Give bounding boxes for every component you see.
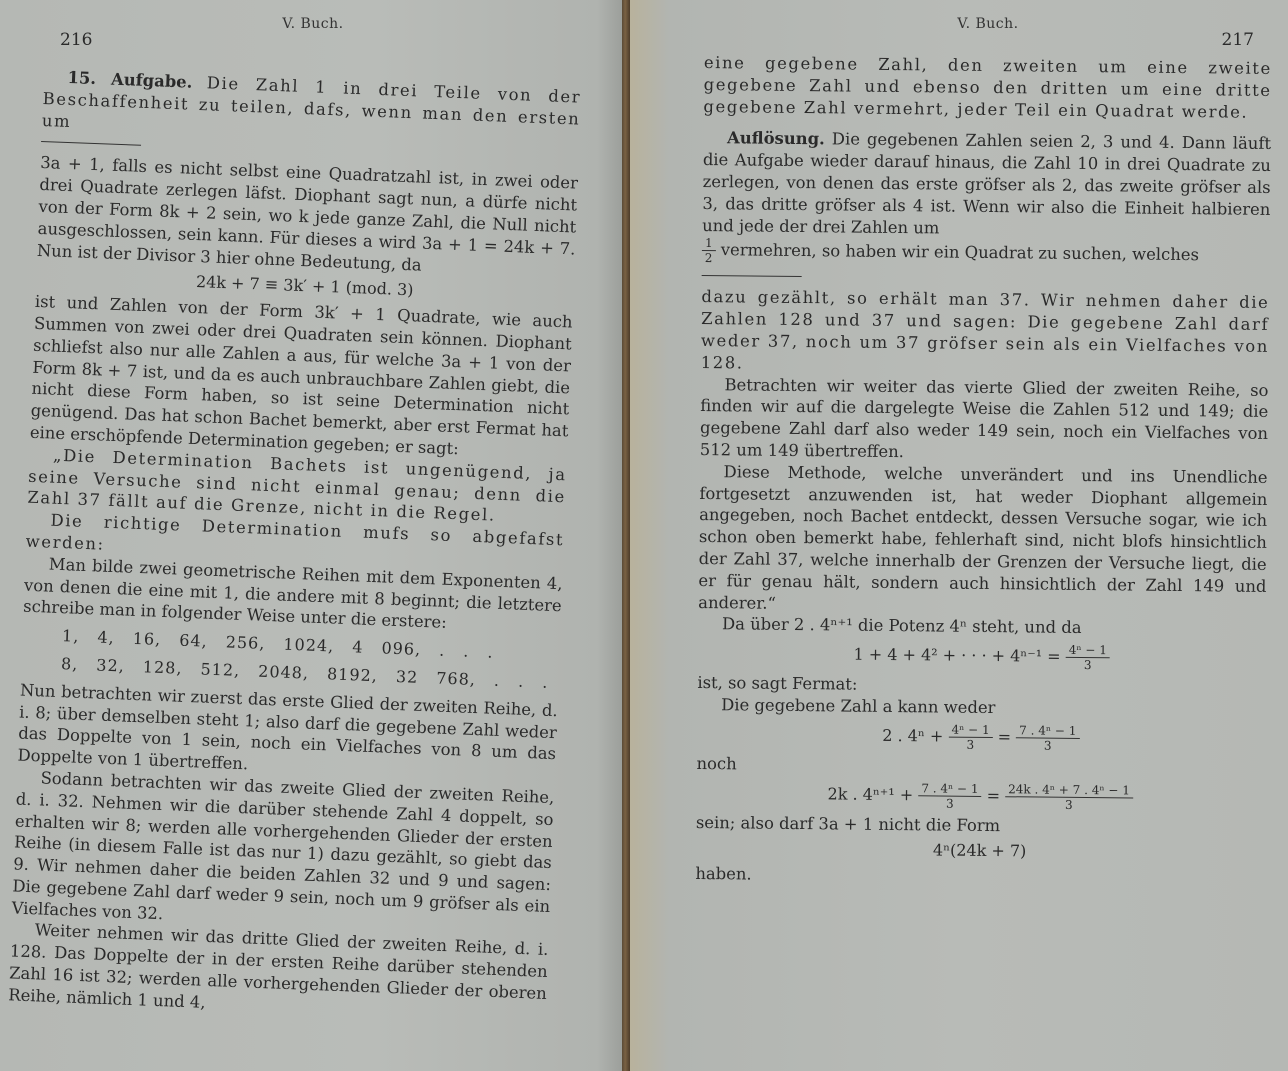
paragraph: ist und Zahlen von der Form 3k′ + 1 Quad… (29, 291, 572, 464)
right-page: V. Buch. 217 eine gegebene Zahl, den zwe… (630, 0, 1288, 1071)
formula-4: 4ⁿ(24k + 7) (696, 837, 1264, 865)
page-number: 216 (60, 30, 92, 50)
paragraph: Die gegebene Zahl a kann weder (697, 694, 1265, 722)
left-page: V. Buch. 216 15. Aufgabe. Die Zahl 1 in … (0, 0, 622, 1071)
left-page-text: 15. Aufgabe. Die Zahl 1 in drei Teile vo… (8, 66, 582, 1027)
footnote-continuation: dazu gezählt, so erhält man 37. Wir nehm… (701, 286, 1270, 379)
footnote-divider (702, 275, 802, 277)
formula-3: 2k . 4ⁿ⁺¹ + 7 . 4ⁿ − 1 3 = 24k . 4ⁿ + 7 … (696, 778, 1264, 813)
page-number: 217 (1222, 30, 1254, 50)
running-head: V. Buch. (704, 0, 1272, 38)
right-page-text: eine gegebene Zahl, den zweiten um eine … (695, 52, 1272, 891)
word-noch: noch (696, 753, 1264, 781)
open-book: V. Buch. 216 15. Aufgabe. Die Zahl 1 in … (0, 0, 1288, 1071)
solution-label: Auflösung. (727, 129, 825, 149)
paragraph: Betrachten wir weiter das vierte Glied d… (700, 374, 1269, 467)
formula-2: 2 . 4ⁿ + 4ⁿ − 1 3 = 7 . 4ⁿ − 1 3 (697, 720, 1265, 755)
running-head: V. Buch. (44, 0, 582, 38)
problem-statement: 15. Aufgabe. Die Zahl 1 in drei Teile vo… (41, 66, 581, 152)
fraction-half: 1 2 (702, 236, 716, 265)
paragraph: sein; also darf 3a + 1 nicht die Form (696, 811, 1264, 839)
footnote-divider (41, 141, 141, 146)
paragraph: Sodann betrachten wir das zweite Glied d… (11, 766, 554, 939)
word-haben: haben. (695, 863, 1263, 891)
footnote-text: 3a + 1, falls es nicht selbst eine Quadr… (36, 152, 578, 282)
solution-end: 1 2 vermehren, so haben wir ein Quadrat … (702, 236, 1270, 271)
problem-label: 15. Aufgabe. (67, 68, 193, 92)
paragraph: Da über 2 . 4ⁿ⁺¹ die Potenz 4ⁿ steht, un… (698, 613, 1266, 641)
paragraph: Diese Methode, welche unverändert und in… (698, 461, 1268, 620)
geometric-sum-formula: 1 + 4 + 4² + · · · + 4ⁿ⁻¹ = 4ⁿ − 1 3 (698, 639, 1266, 674)
book-spine (622, 0, 630, 1071)
problem-continuation: eine gegebene Zahl, den zweiten um eine … (703, 52, 1272, 123)
solution-paragraph: Auflösung. Die gegebenen Zahlen seien 2,… (702, 127, 1271, 242)
